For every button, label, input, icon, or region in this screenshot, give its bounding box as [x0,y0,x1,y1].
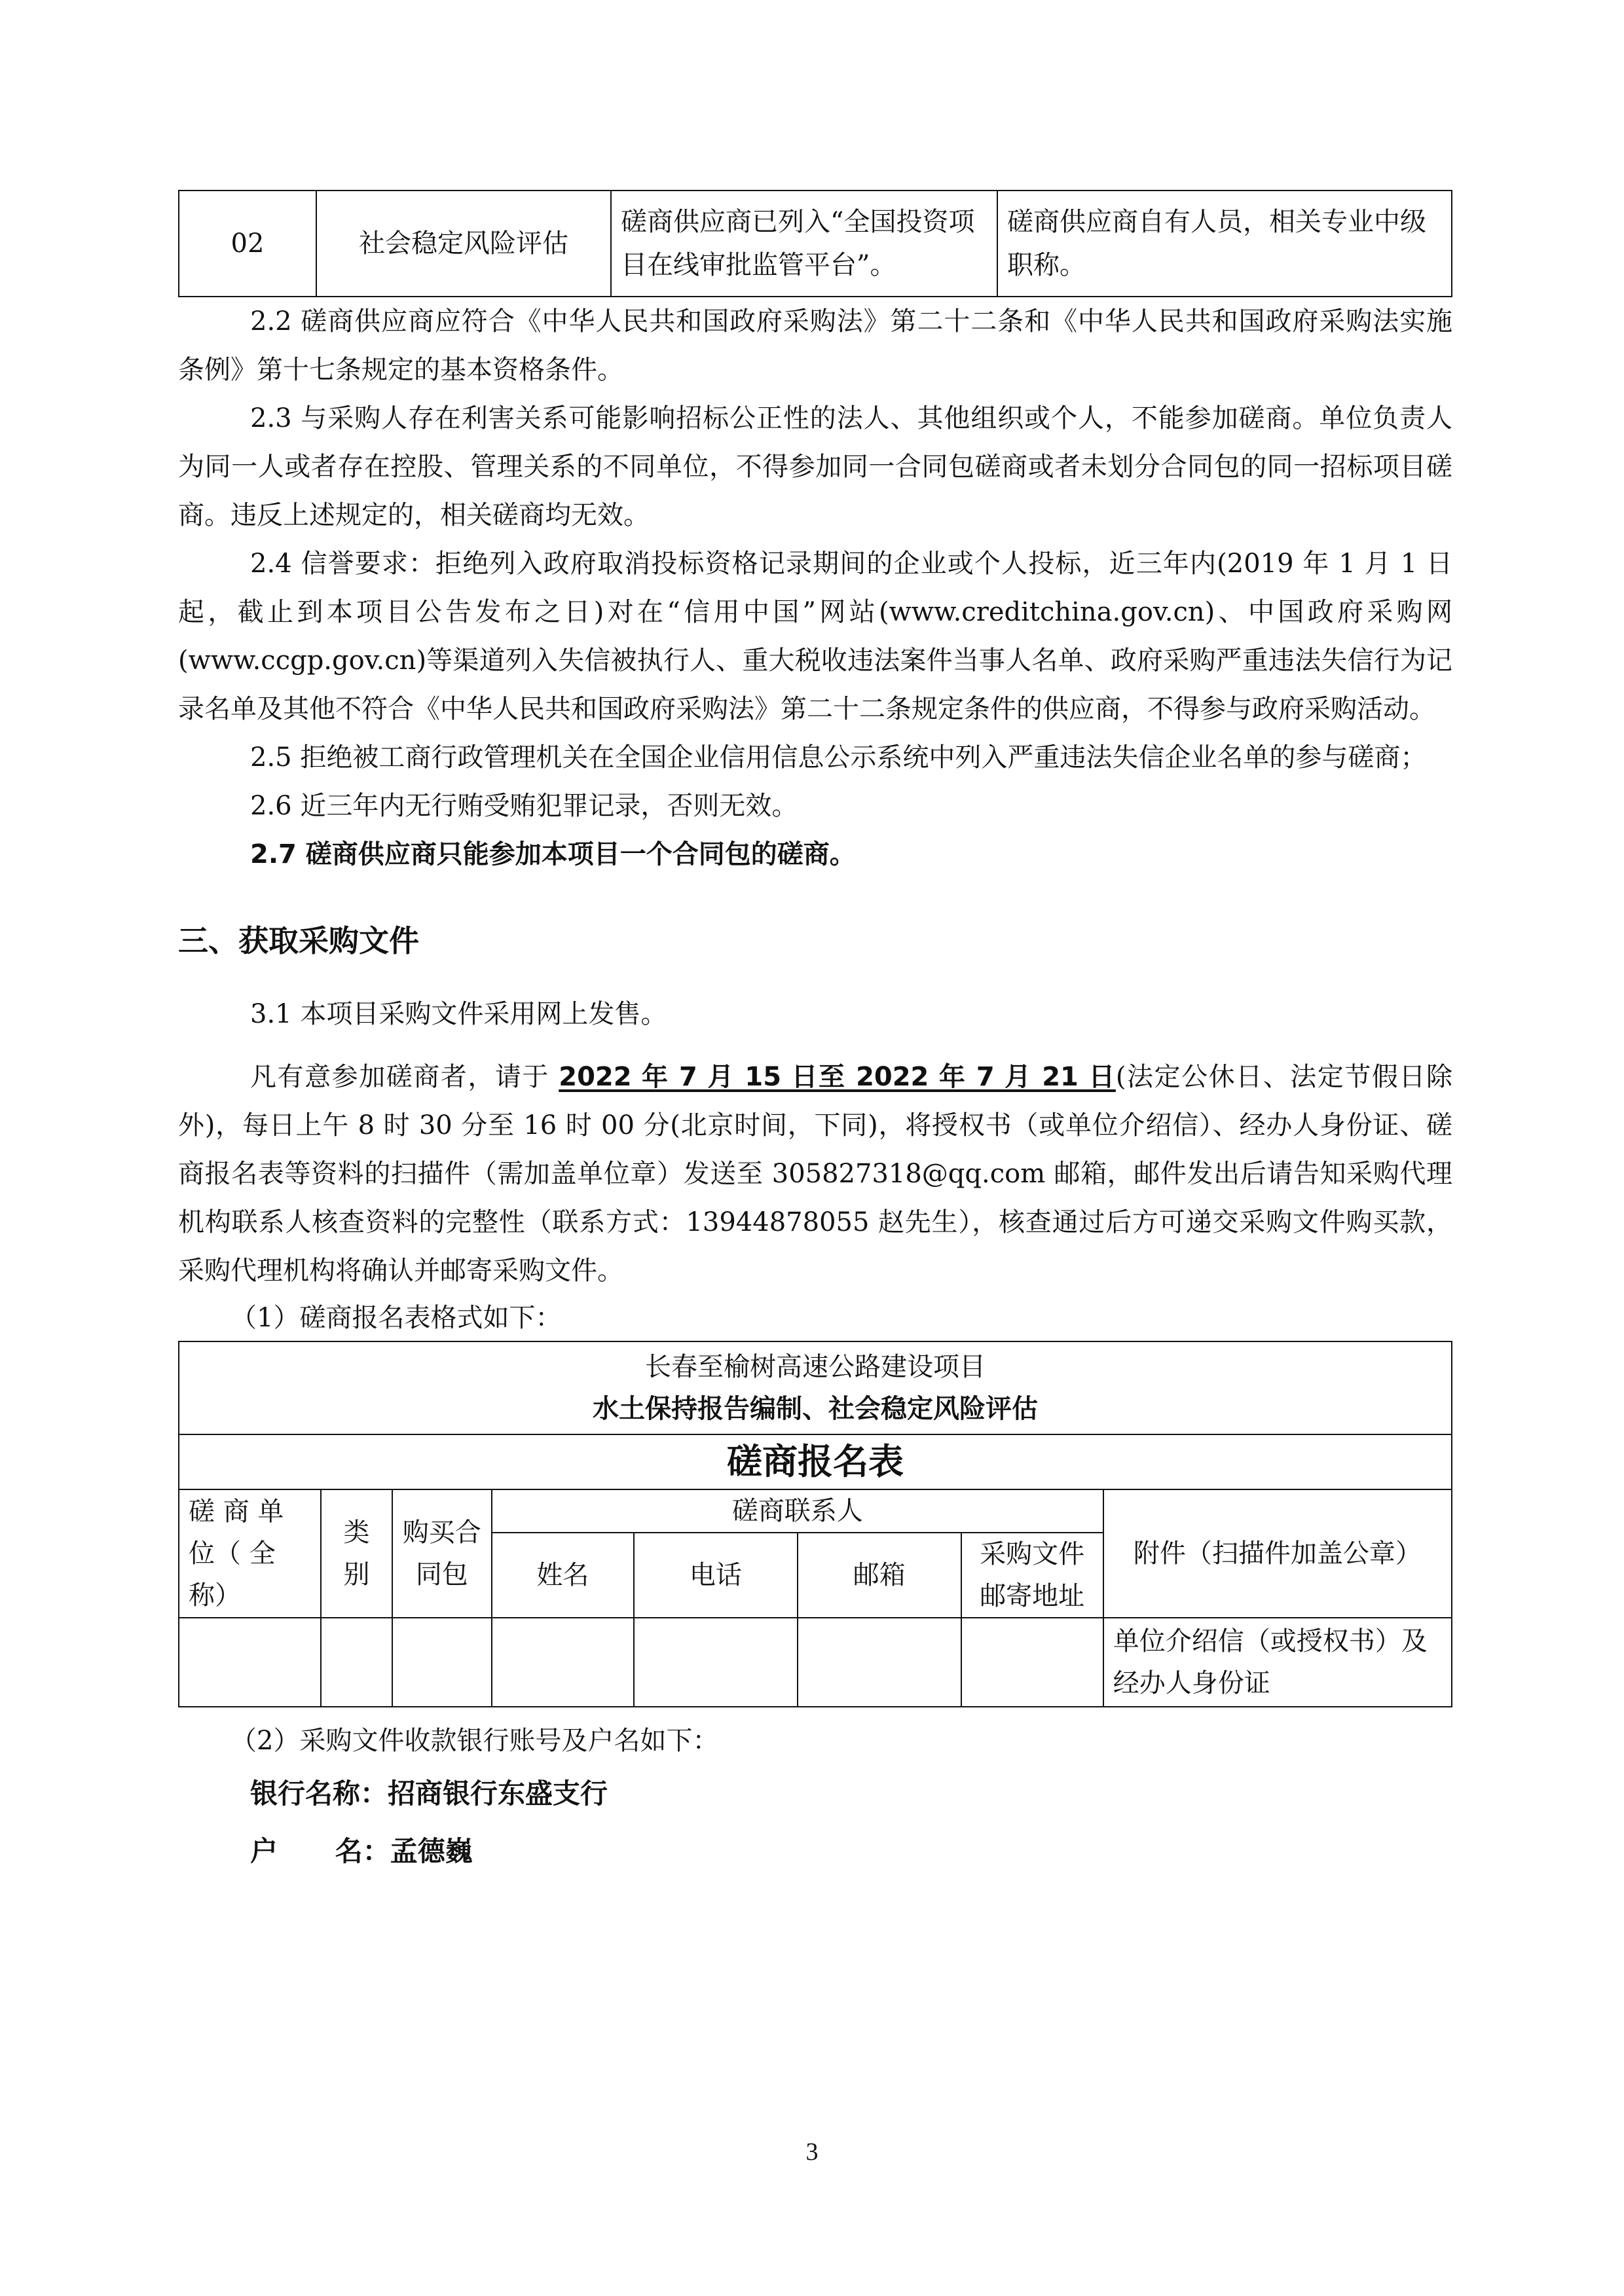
service-name: 社会稳定风险评估 [316,191,611,297]
bank-name: 银行名称：招商银行东盛支行 [178,1765,1452,1823]
cell-address [961,1618,1103,1707]
header-category: 类别 [321,1489,392,1618]
form-title-cell: 长春至榆树高速公路建设项目 水土保持报告编制、社会稳定风险评估 [179,1341,1452,1434]
header-phone: 电话 [634,1533,798,1618]
clause-2-6: 2.6 近三年内无行贿受贿犯罪记录，否则无效。 [178,782,1452,830]
clause-2-3: 2.3 与采购人存在利害关系可能影响招标公正性的法人、其他组织或个人，不能参加磋… [178,394,1452,539]
clause-2-4: 2.4 信誉要求：拒绝列入政府取消投标资格记录期间的企业或个人投标，近三年内(2… [178,539,1452,733]
cell-unit [179,1618,321,1707]
header-contact-group: 磋商联系人 [492,1489,1103,1533]
bank-intro: （2）采购文件收款银行账号及户名如下： [178,1717,1452,1765]
date-range: 2022 年 7 月 15 日至 2022 年 7 月 21 日 [559,1062,1116,1092]
project-title: 长春至榆树高速公路建设项目 [189,1346,1442,1388]
cell-package [392,1618,492,1707]
cell-name [492,1618,634,1707]
header-email: 邮箱 [798,1533,961,1618]
header-address: 采购文件邮寄地址 [961,1533,1103,1618]
form-intro: （1）磋商报名表格式如下： [178,1295,1452,1341]
header-name: 姓名 [492,1533,634,1618]
form-title: 磋商报名表 [179,1434,1452,1489]
form-title-row: 长春至榆树高速公路建设项目 水土保持报告编制、社会稳定风险评估 [179,1341,1452,1434]
page-number: 3 [0,2138,1624,2166]
header-package: 购买合同包 [392,1489,492,1618]
registration-form-table: 长春至榆树高速公路建设项目 水土保持报告编制、社会稳定风险评估 磋商报名表 磋 … [178,1341,1452,1707]
row-number: 02 [179,191,316,297]
platform-requirement: 磋商供应商已列入“全国投资项目在线审批监管平台”。 [611,191,997,297]
clause-2-7: 2.7 磋商供应商只能参加本项目一个合同包的磋商。 [178,830,1452,879]
cell-attachment: 单位介绍信（或授权书）及经办人身份证 [1103,1618,1452,1707]
section-heading: 三、获取采购文件 [178,918,1452,964]
cell-email [798,1618,961,1707]
table-row: 单位介绍信（或授权书）及经办人身份证 [179,1618,1452,1707]
clause-2-2: 2.2 磋商供应商应符合《中华人民共和国政府采购法》第二十二条和《中华人民共和国… [178,297,1452,394]
instructions-body: (法定公休日、法定节假日除外)，每日上午 8 时 30 分至 16 时 00 分… [178,1062,1452,1286]
registration-instructions: 凡有意参加磋商者，请于 2022 年 7 月 15 日至 2022 年 7 月 … [178,1053,1452,1295]
header-unit: 磋 商 单 位（ 全 称） [179,1489,321,1618]
item-3-1: 3.1 本项目采购文件采用网上发售。 [178,990,1452,1038]
clause-2-5: 2.5 拒绝被工商行政管理机关在全国企业信用信息公示系统中列入严重违法失信企业名… [178,733,1452,782]
form-big-title-row: 磋商报名表 [179,1434,1452,1489]
account-name: 户 名：孟德巍 [178,1823,1452,1880]
header-attachment: 附件（扫描件加盖公章） [1103,1489,1452,1618]
staff-requirement: 磋商供应商自有人员，相关专业中级职称。 [997,191,1452,297]
instructions-lead: 凡有意参加磋商者，请于 [250,1062,559,1092]
requirements-table: 02 社会稳定风险评估 磋商供应商已列入“全国投资项目在线审批监管平台”。 磋商… [178,190,1452,297]
table-row: 02 社会稳定风险评估 磋商供应商已列入“全国投资项目在线审批监管平台”。 磋商… [179,191,1452,297]
cell-category [321,1618,392,1707]
cell-phone [634,1618,798,1707]
project-subtitle: 水土保持报告编制、社会稳定风险评估 [189,1388,1442,1430]
header-row-1: 磋 商 单 位（ 全 称） 类别 购买合同包 磋商联系人 附件（扫描件加盖公章） [179,1489,1452,1533]
document-page: 02 社会稳定风险评估 磋商供应商已列入“全国投资项目在线审批监管平台”。 磋商… [178,190,1452,1880]
